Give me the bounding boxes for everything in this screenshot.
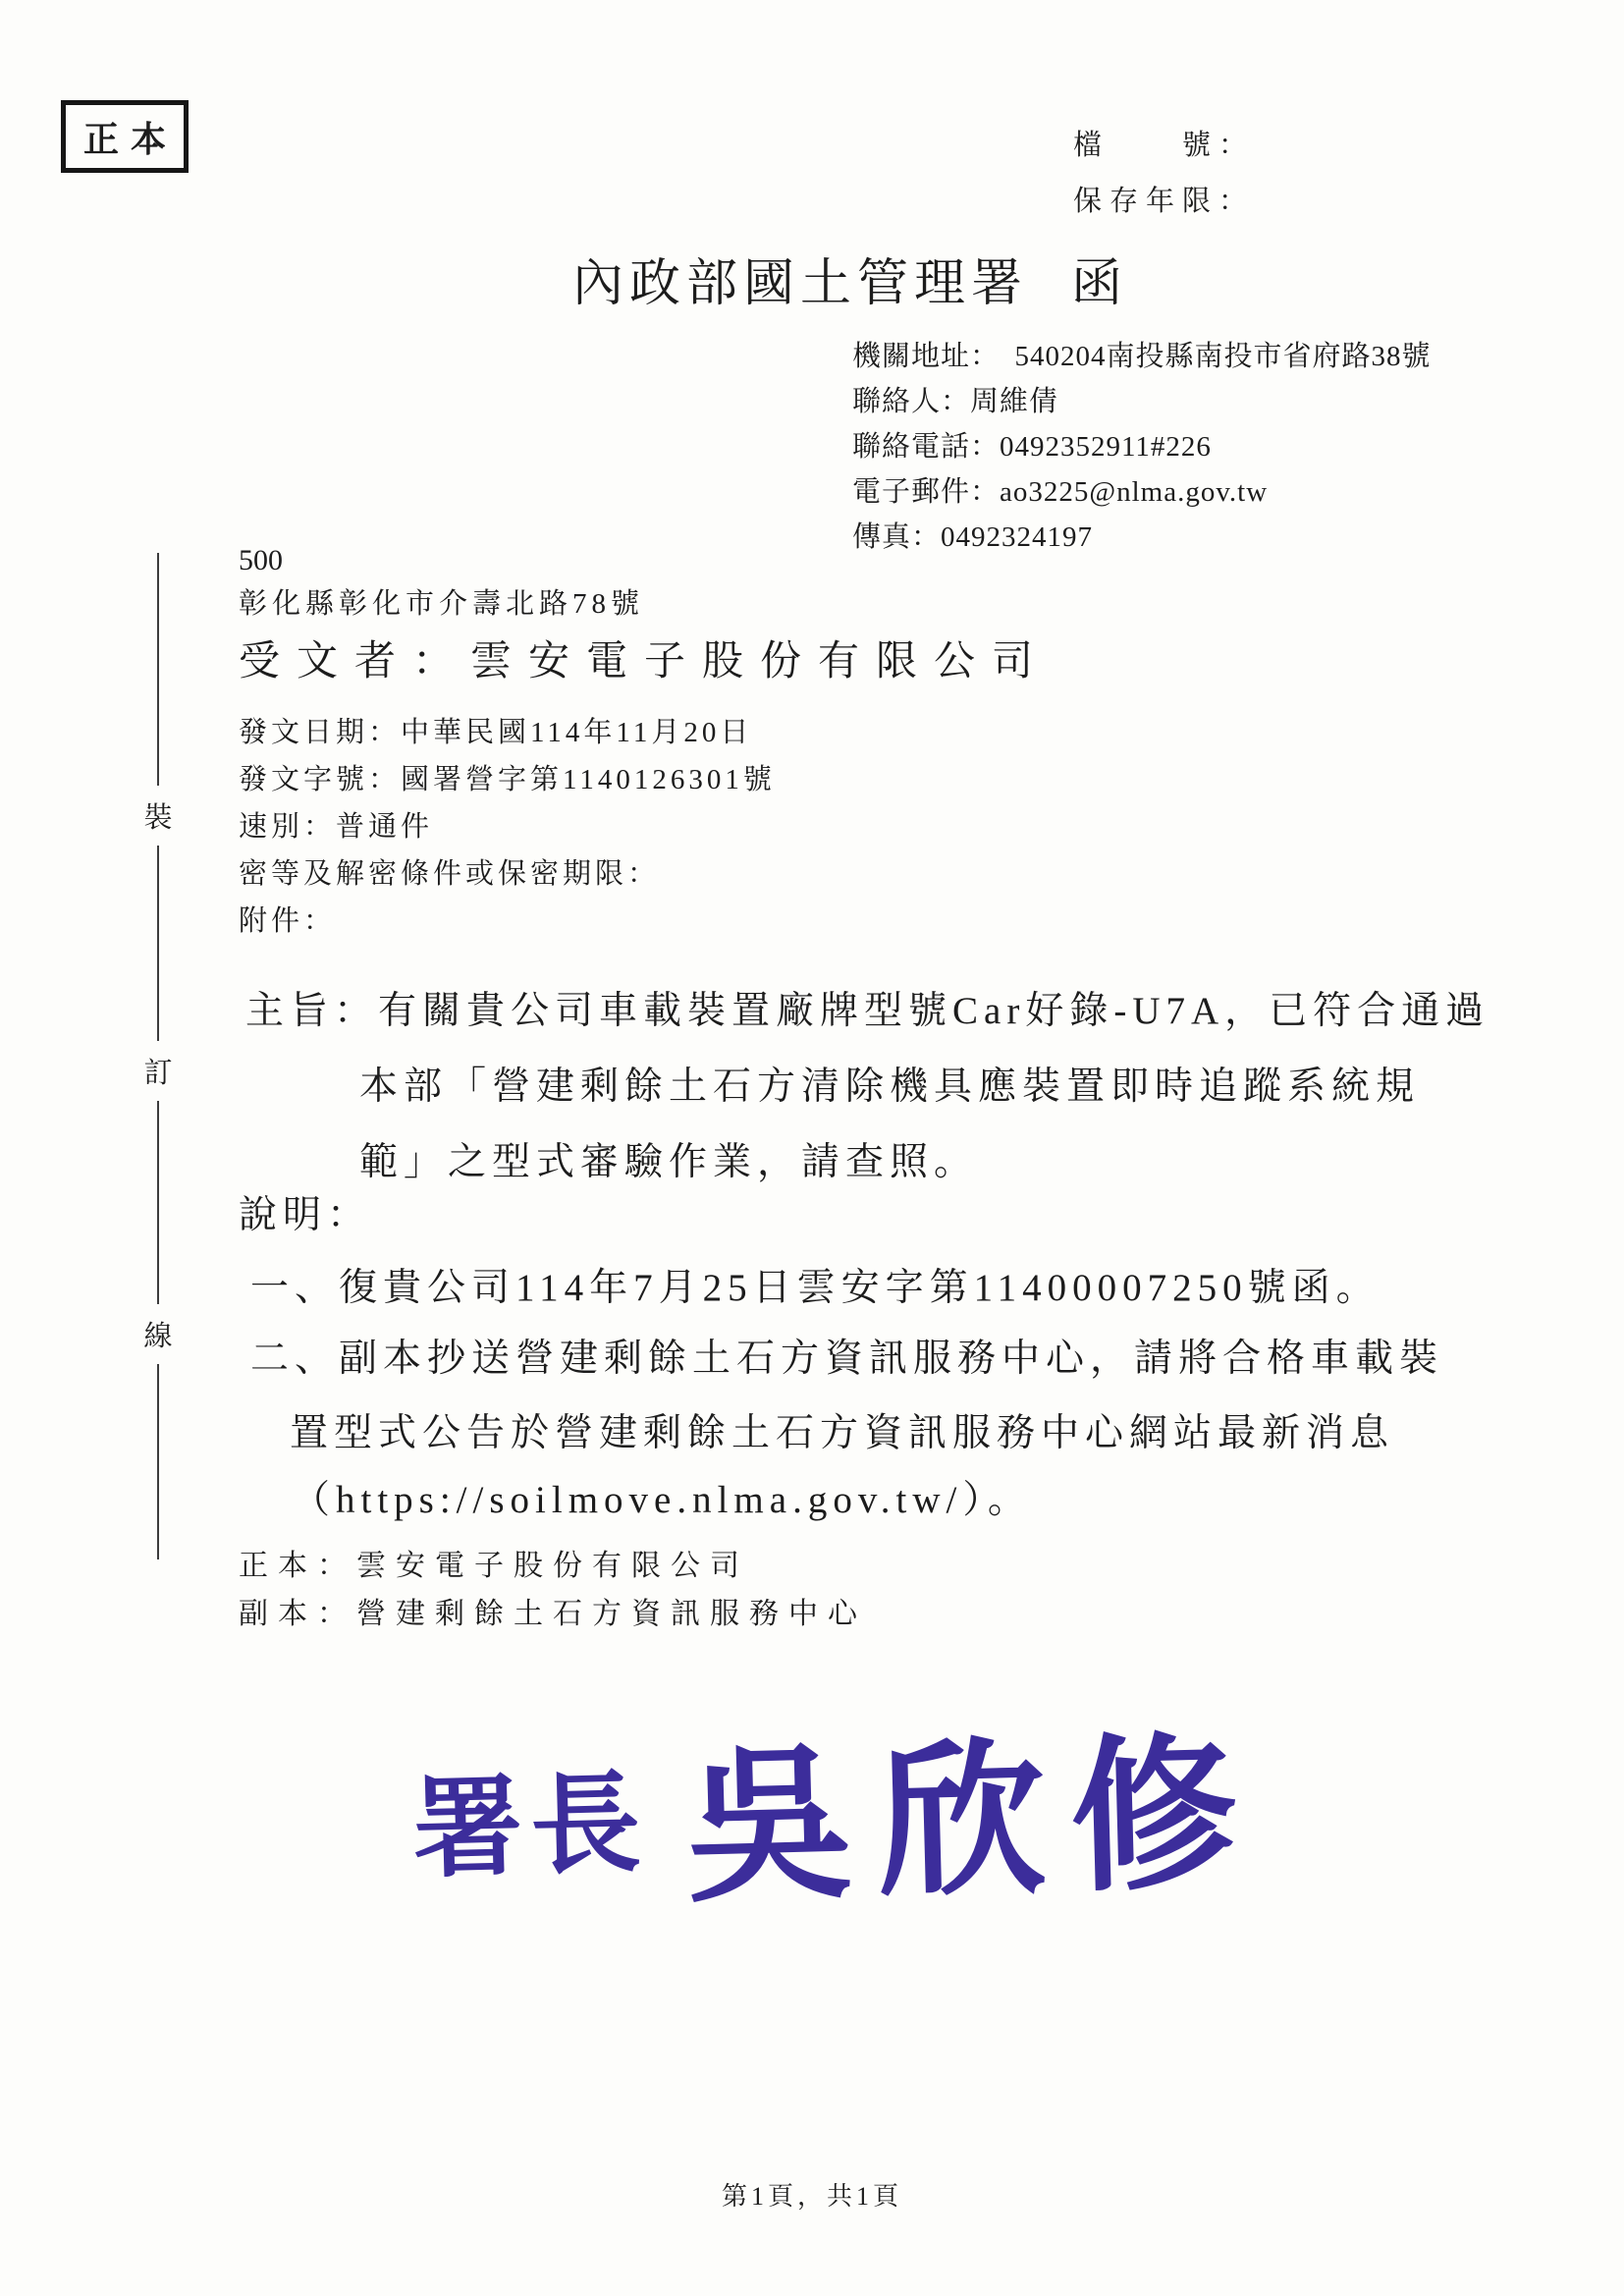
sender-phone: 聯絡電話：0492352911#226 (852, 424, 1432, 469)
recipient-line: 受文者：雲安電子股份有限公司 (239, 629, 1050, 687)
original-recipient: 正本：雲安電子股份有限公司 (239, 1542, 867, 1590)
original-copy-label: 正本 (72, 112, 178, 162)
signature-stamp: 署長 吳欣修 (409, 1678, 1266, 1941)
binding-char-ding: 訂 (141, 1041, 175, 1101)
subject-line-3: 範」之型式審驗作業，請查照。 (359, 1131, 978, 1186)
document-meta-block: 發文日期：中華民國114年11月20日 發文字號：國署營字第1140126301… (239, 709, 776, 945)
subject-line-2: 本部「營建剩餘土石方清除機具應裝置即時追蹤系統規 (359, 1056, 1420, 1111)
signer-title: 署長 (410, 1735, 650, 1899)
cc-recipient: 副本：營建剩餘土石方資訊服務中心 (239, 1590, 867, 1638)
sender-contact-person: 聯絡人：周維倩 (852, 379, 1432, 424)
binding-char-zhuang: 裝 (141, 786, 175, 846)
sender-fax: 傳真：0492324197 (852, 515, 1432, 560)
binding-char-xian: 線 (141, 1304, 175, 1364)
description-item-1: 一、 復貴公司114年7月25日雲安字第11400007250號函。 (250, 1257, 1380, 1312)
copies-block: 正本：雲安電子股份有限公司 副本：營建剩餘土石方資訊服務中心 (239, 1542, 867, 1638)
agency-name: 內政部國土管理署 (572, 242, 1028, 315)
item-1-number: 一、 (250, 1257, 339, 1312)
sender-contact-block: 機關地址： 540204南投縣南投市省府路38號 聯絡人：周維倩 聯絡電話：04… (852, 334, 1432, 560)
item-2-line-3-url: （https://soilmove.nlma.gov.tw/）。 (292, 1469, 1032, 1524)
file-header: 檔 號： 保存年限： (1073, 118, 1255, 230)
description-item-2: 二、 副本抄送營建剩餘土石方資訊服務中心，請將合格車載裝 (250, 1328, 1443, 1383)
sender-email: 電子郵件：ao3225@nlma.gov.tw (852, 469, 1432, 515)
subject-row: 主旨： 有關貴公司車載裝置廠牌型號Car好錄-U7A，已符合通過 (245, 980, 1489, 1035)
recipient-postal-code: 500 (239, 544, 283, 577)
page-number: 第1頁，共1頁 (0, 2176, 1624, 2213)
recipient-address: 彰化縣彰化市介壽北路78號 (239, 581, 644, 622)
item-2-line-2: 置型式公告於營建剩餘土石方資訊服務中心網站最新消息 (290, 1402, 1394, 1457)
document-title: 內政部國土管理署 函 (572, 242, 1128, 315)
description-label: 說明： (239, 1184, 371, 1239)
issue-date: 發文日期：中華民國114年11月20日 (239, 709, 776, 756)
security-classification: 密等及解密條件或保密期限： (239, 850, 776, 898)
sender-address: 機關地址： 540204南投縣南投市省府路38號 (852, 334, 1432, 379)
item-2-number: 二、 (250, 1328, 339, 1383)
item-2-line-1: 副本抄送營建剩餘土石方資訊服務中心，請將合格車載裝 (339, 1328, 1443, 1383)
document-page: 正本 檔 號： 保存年限： 內政部國土管理署 函 機關地址： 540204南投縣… (0, 0, 1624, 2296)
document-type: 函 (1071, 242, 1128, 315)
retention-period-label: 保存年限： (1073, 174, 1255, 230)
subject-line-1: 有關貴公司車載裝置廠牌型號Car好錄-U7A，已符合通過 (378, 980, 1489, 1035)
original-copy-stamp: 正本 (61, 100, 189, 173)
file-number-label: 檔 號： (1073, 118, 1255, 174)
reference-number: 發文字號：國署營字第1140126301號 (239, 756, 776, 803)
subject-label: 主旨： (245, 980, 378, 1035)
priority-level: 速別：普通件 (239, 803, 776, 850)
signer-name: 吳欣修 (682, 1678, 1266, 1934)
item-1-line-1: 復貴公司114年7月25日雲安字第11400007250號函。 (339, 1257, 1380, 1312)
attachment-label: 附件： (239, 898, 776, 945)
